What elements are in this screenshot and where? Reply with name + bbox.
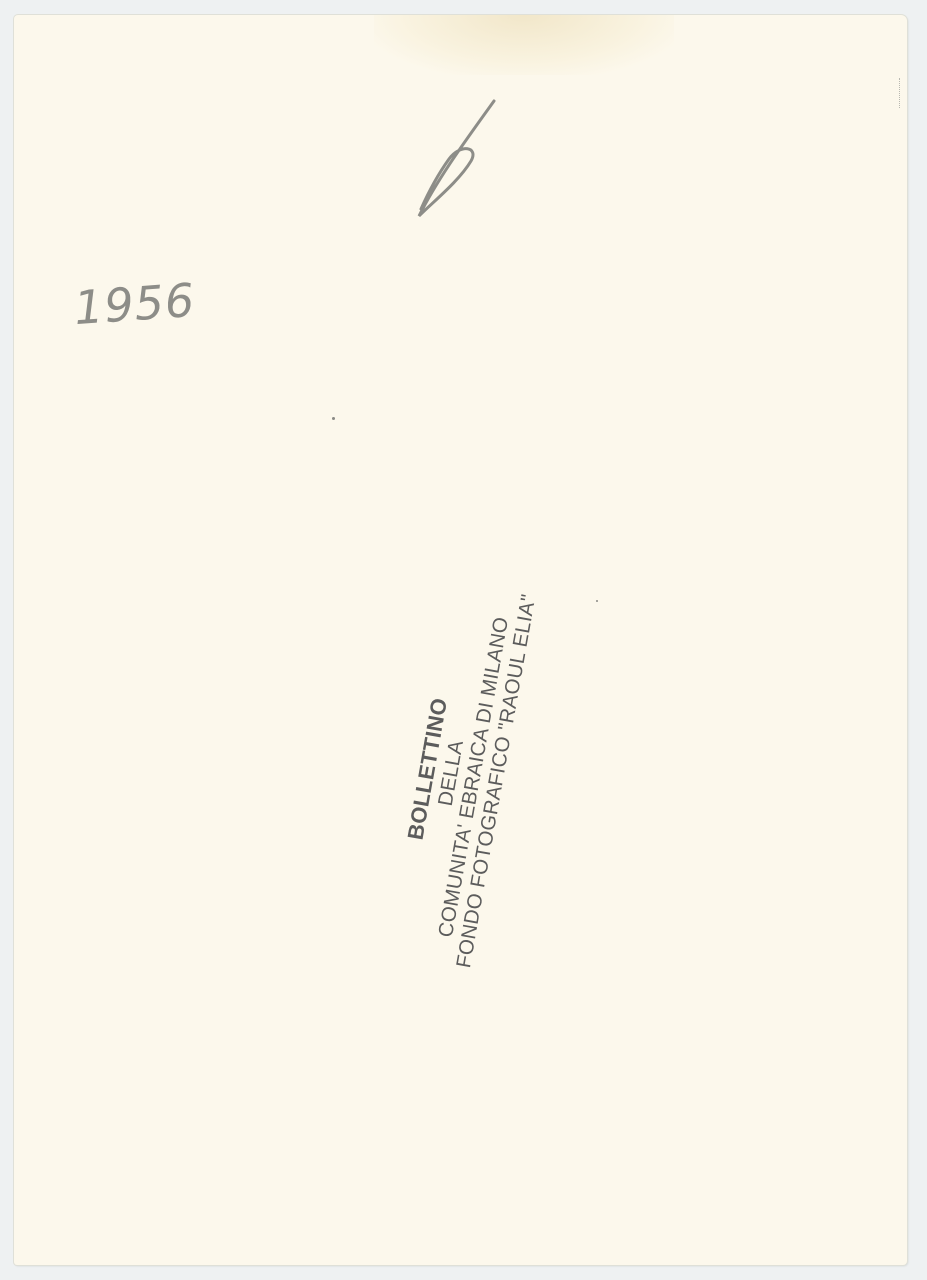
ink-speck <box>332 417 335 420</box>
ink-speck <box>596 600 598 602</box>
handwritten-year: 1956 <box>72 273 197 335</box>
archive-stamp-text: BOLLETTINO DELLA COMUNITA' EBRAICA DI MI… <box>383 580 541 969</box>
handwritten-number-mark <box>399 81 509 231</box>
edge-mark <box>899 78 908 108</box>
paper-stain <box>374 15 674 75</box>
photo-back-paper: 6 1956 BOLLETTINO DELLA COMUNITA' EBRAIC… <box>14 15 907 1265</box>
